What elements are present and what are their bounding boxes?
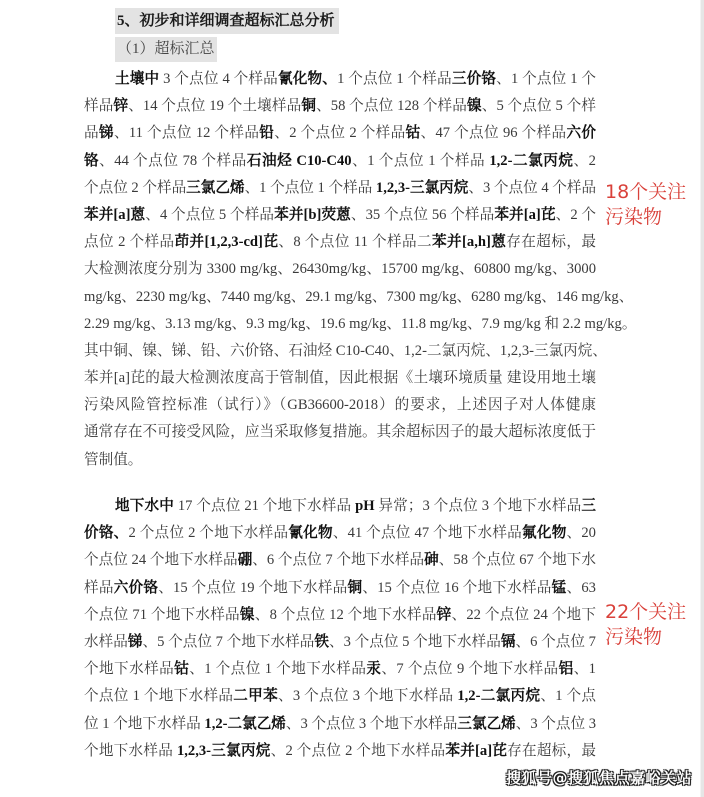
groundwater-pollutant-annotation: 22个关注 污染物	[605, 600, 686, 650]
text-run: 、14 个点位 19 个土壤样品	[128, 98, 301, 114]
text-run: 、8 个点位 11 个样品二	[278, 234, 432, 250]
text-run: 、58 个点位 128 个样品	[316, 98, 467, 114]
highlighted-term: 1,2-二氯丙烷	[489, 153, 573, 169]
text-run: 个点位 2 个样品	[84, 180, 186, 196]
text-run: 个点位 24 个地下水样品	[84, 552, 238, 568]
text-line: 其中铜、镍、锑、铅、六价铬、石油烃 C10-C40、1,2-二氯丙烷、1,2,3…	[84, 338, 596, 365]
text-line: 污染风险管控标准（试行）》（GB36600-2018）的要求，上述因子对人体健康	[84, 392, 596, 419]
text-run: 、3 个点位 3 个地下水样品	[286, 716, 457, 732]
highlighted-term: 苯并[a,h]蒽	[432, 234, 506, 250]
highlighted-term: 铬	[84, 153, 99, 169]
text-run: 水样品	[84, 634, 128, 650]
text-run: 其中铜、镍、锑、铅、六价铬、石油烃 C10-C40、1,2-二氯丙烷、1,2,3…	[84, 343, 607, 359]
highlighted-term: 三价铬	[452, 71, 496, 87]
text-line: 大检测浓度分别为 3300 mg/kg、26430mg/kg、15700 mg/…	[84, 256, 596, 283]
text-run: 、15 个点位 19 个地下水样品	[158, 580, 347, 596]
text-run: 、41 个点位 47 个地下水样品	[333, 525, 522, 541]
highlighted-term: 氰化物	[288, 525, 333, 541]
highlighted-term: 砷	[424, 552, 439, 568]
text-run: 苯并[a]芘的最大检测浓度高于管制值，因此根据《土壤环境质量 建设用地土壤	[84, 370, 596, 386]
text-run: 、6 个点位 7	[516, 634, 596, 650]
groundwater-note-line-2: 污染物	[605, 625, 686, 650]
soil-pollutant-annotation: 18个关注 污染物	[605, 180, 686, 230]
text-run: 污染风险管控标准（试行）》（GB36600-2018）的要求，上述因子对人体健康	[84, 397, 596, 413]
text-run: 异常；3 个点位 3 个地下水样品	[375, 498, 582, 514]
highlighted-term: 铅	[259, 125, 274, 141]
highlighted-term: pH	[355, 498, 374, 514]
text-run: 、2	[574, 153, 596, 169]
text-line: 样品六价铬、15 个点位 19 个地下水样品铜、15 个点位 16 个地下水样品…	[84, 575, 596, 602]
text-run: 、63	[567, 580, 596, 596]
text-line: 样品锌、14 个点位 19 个土壤样品铜、58 个点位 128 个样品镍、5 个…	[84, 93, 596, 120]
highlighted-term: 1,2-二氯丙烷	[457, 688, 540, 704]
text-line: 通常存在不可接受风险，应当采取修复措施。其余超标因子的最大超标浓度低于	[84, 419, 596, 446]
text-run: 、15 个点位 16 个地下水样品	[362, 580, 551, 596]
highlighted-term: 氰化物、	[278, 71, 337, 87]
text-run: 点位 2 个样品	[84, 234, 175, 250]
text-run: 、3 个点位 3 个地下水样品	[278, 688, 457, 704]
text-run: 、1 个点位 1 个	[496, 71, 596, 87]
text-run: 、2 个	[556, 207, 596, 223]
text-run: 个地下水样品	[84, 743, 177, 759]
highlighted-term: 铝	[559, 661, 574, 677]
text-run: 个点位 71 个地下水样品	[84, 607, 240, 623]
text-run: 、8 个点位 12 个地下水样品	[255, 607, 437, 623]
text-run: 、20	[567, 525, 596, 541]
soil-note-line-1: 18个关注	[605, 180, 686, 205]
highlighted-term: 二甲苯	[233, 688, 278, 704]
text-line: mg/kg、2230 mg/kg、7440 mg/kg、29.1 mg/kg、7…	[84, 284, 596, 311]
text-run: 、7 个点位 9 个地下水样品	[381, 661, 558, 677]
highlighted-term: 镍	[467, 98, 482, 114]
text-run: 、22 个点位 24 个地下	[452, 607, 596, 623]
text-line: 个地下水样品 1,2,3-三氯丙烷、2 个点位 2 个地下水样品苯并[a]芘存在…	[84, 738, 596, 765]
text-line: 苯并[a]蒽、4 个点位 5 个样品苯并[b]荧蒽、35 个点位 56 个样品苯…	[84, 202, 596, 229]
highlighted-term: 锌	[437, 607, 452, 623]
text-run: 位 1 个地下水样品	[84, 716, 204, 732]
highlighted-term: 三氯乙烯	[457, 716, 515, 732]
highlighted-term: 锑	[128, 634, 143, 650]
groundwater-note-line-1: 22个关注	[605, 600, 686, 625]
highlighted-term: 苯并[a]蒽	[84, 207, 145, 223]
text-line: 水样品锑、5 个点位 7 个地下水样品铁、3 个点位 5 个地下水样品镉、6 个…	[84, 629, 596, 656]
text-line: 苯并[a]芘的最大检测浓度高于管制值，因此根据《土壤环境质量 建设用地土壤	[84, 365, 596, 392]
text-line: 个点位 2 个样品三氯乙烯、1 个点位 1 个样品 1,2,3-三氯丙烷、3 个…	[84, 175, 596, 202]
text-line: 个地下水样品钴、1 个点位 1 个地下水样品汞、7 个点位 9 个地下水样品铝、…	[84, 656, 596, 683]
highlighted-term: 苯并[b]荧蒽	[274, 207, 351, 223]
highlighted-term: 铁	[314, 634, 329, 650]
text-run: 管制值。	[84, 452, 142, 468]
highlighted-term: 六价铬	[114, 580, 159, 596]
highlighted-term: 锑	[99, 125, 114, 141]
text-line: 管制值。	[84, 447, 596, 474]
text-run: 、6 个点位 7 个地下水样品	[252, 552, 424, 568]
text-run: 、1	[574, 661, 596, 677]
groundwater-paragraph: 地下水中 17 个点位 21 个地下水样品 pH 异常；3 个点位 3 个地下水…	[84, 493, 596, 765]
text-run: 存在超标，最	[506, 234, 596, 250]
text-run: 、58 个点位 67 个地下水	[439, 552, 596, 568]
text-run: 存在超标，最	[507, 743, 596, 759]
text-run: 个点位 1 个地下水样品	[84, 688, 233, 704]
text-run: 、2 个点位 2 个样品	[274, 125, 405, 141]
text-line: 土壤中 3 个点位 4 个样品氰化物、1 个点位 1 个样品三价铬、1 个点位 …	[84, 66, 596, 93]
highlighted-term: 1,2-二氯乙烯	[204, 716, 285, 732]
text-run: 、11 个点位 12 个样品	[114, 125, 259, 141]
highlighted-term: 钴	[406, 125, 421, 141]
highlighted-term: 六价	[566, 125, 596, 141]
text-run: 、2 个点位 2 个地下水样品	[271, 743, 446, 759]
text-run: 、5 个点位 5 个样	[482, 98, 596, 114]
section-heading: 5、初步和详细调查超标汇总分析	[115, 8, 339, 34]
text-run: 、1 个点位 1 个样品	[352, 153, 490, 169]
text-run: 大检测浓度分别为 3300 mg/kg、26430mg/kg、15700 mg/…	[84, 261, 596, 277]
text-line: 位 1 个地下水样品 1,2-二氯乙烯、3 个点位 3 个地下水样品三氯乙烯、3…	[84, 711, 596, 738]
highlighted-term: 三氯乙烯	[186, 180, 244, 196]
text-line: 2.29 mg/kg、3.13 mg/kg、9.3 mg/kg、19.6 mg/…	[84, 311, 596, 338]
text-run: 2 个点位 2 个地下水样品	[129, 525, 289, 541]
text-line: 个点位 71 个地下水样品镍、8 个点位 12 个地下水样品锌、22 个点位 2…	[84, 602, 596, 629]
watermark: 搜狐号@搜狐焦点嘉峪关站	[506, 767, 692, 788]
text-run: 样品	[84, 98, 113, 114]
text-line: 个点位 1 个地下水样品二甲苯、3 个点位 3 个地下水样品 1,2-二氯丙烷、…	[84, 683, 596, 710]
text-run: 样品	[84, 580, 114, 596]
text-line: 点位 2 个样品茚并[1,2,3-cd]芘、8 个点位 11 个样品二苯并[a,…	[84, 229, 596, 256]
highlighted-term: 石油烃 C10-C40	[247, 153, 352, 169]
highlighted-term: 1,2,3-三氯丙烷	[177, 743, 271, 759]
highlighted-term: 镍	[240, 607, 255, 623]
text-run: 1 个点位 1 个样品	[337, 71, 452, 87]
text-run: 、3 个点位 4 个样品	[468, 180, 596, 196]
highlighted-term: 钴	[174, 661, 189, 677]
text-line: 个点位 24 个地下水样品硼、6 个点位 7 个地下水样品砷、58 个点位 67…	[84, 547, 596, 574]
text-run: 、1 个点位 1 个样品	[245, 180, 376, 196]
highlighted-term: 价铬、	[84, 525, 129, 541]
text-run: 通常存在不可接受风险，应当采取修复措施。其余超标因子的最大超标浓度低于	[84, 424, 596, 440]
soil-paragraph: 土壤中 3 个点位 4 个样品氰化物、1 个点位 1 个样品三价铬、1 个点位 …	[84, 66, 596, 474]
text-run: 3 个点位 4 个样品	[159, 71, 278, 87]
highlighted-term: 铜	[301, 98, 316, 114]
text-run: 品	[84, 125, 99, 141]
highlighted-term: 汞	[366, 661, 381, 677]
highlighted-term: 土壤中	[115, 71, 159, 87]
text-run: 、5 个点位 7 个地下水样品	[143, 634, 315, 650]
highlighted-term: 镉	[501, 634, 516, 650]
highlighted-term: 氟化物	[522, 525, 567, 541]
highlighted-term: 地下水中	[115, 498, 174, 514]
text-run: 、3 个点位 3	[516, 716, 596, 732]
subsection-heading: （1）超标汇总	[115, 37, 217, 62]
text-run: 、1 个点位 1 个地下水样品	[189, 661, 366, 677]
text-run: 、35 个点位 56 个样品	[351, 207, 494, 223]
highlighted-term: 锌	[113, 98, 128, 114]
text-line: 品锑、11 个点位 12 个样品铅、2 个点位 2 个样品钴、47 个点位 96…	[84, 120, 596, 147]
highlighted-term: 茚并[1,2,3-cd]芘	[175, 234, 279, 250]
text-run: 、3 个点位 5 个地下水样品	[329, 634, 501, 650]
highlighted-term: 硼	[238, 552, 253, 568]
highlighted-term: 1,2,3-三氯丙烷	[376, 180, 468, 196]
text-run: 17 个点位 21 个地下水样品	[174, 498, 355, 514]
text-line: 铬、44 个点位 78 个样品石油烃 C10-C40、1 个点位 1 个样品 1…	[84, 148, 596, 175]
soil-note-line-2: 污染物	[605, 205, 686, 230]
text-run: 、4 个点位 5 个样品	[145, 207, 274, 223]
text-run: 个地下水样品	[84, 661, 174, 677]
text-run: mg/kg、2230 mg/kg、7440 mg/kg、29.1 mg/kg、7…	[84, 289, 633, 305]
text-run: 2.29 mg/kg、3.13 mg/kg、9.3 mg/kg、19.6 mg/…	[84, 316, 636, 332]
text-run: 、1 个点	[540, 688, 596, 704]
highlighted-term: 锰	[552, 580, 567, 596]
highlighted-term: 铜	[348, 580, 363, 596]
text-run: 、47 个点位 96 个样品	[421, 125, 567, 141]
text-line: 地下水中 17 个点位 21 个地下水样品 pH 异常；3 个点位 3 个地下水…	[84, 493, 596, 520]
text-line: 价铬、2 个点位 2 个地下水样品氰化物、41 个点位 47 个地下水样品氟化物…	[84, 520, 596, 547]
highlighted-term: 三	[581, 498, 596, 514]
text-run: 、44 个点位 78 个样品	[99, 153, 247, 169]
highlighted-term: 苯并[a]芘	[445, 743, 507, 759]
highlighted-term: 苯并[a]芘	[494, 207, 555, 223]
